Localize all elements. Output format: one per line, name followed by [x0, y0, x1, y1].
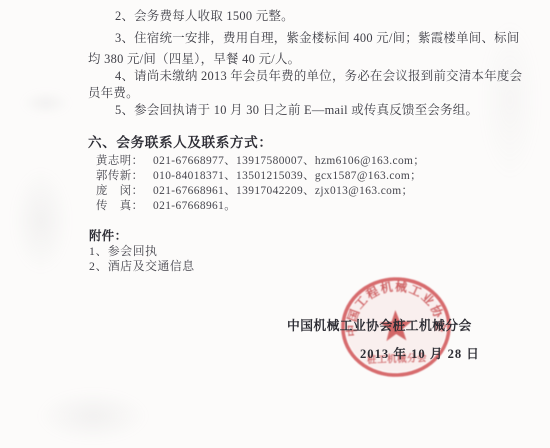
body-line-hotel: 3、住宿统一安排，费用自理，紫金楼标间 400 元/间；紫霞楼单间、标间: [115, 28, 520, 46]
contact-name: 郭传新：: [96, 167, 153, 183]
body-line-hotel-wrap: 均 380 元/间（四星），早餐 40 元/人。: [88, 49, 300, 67]
signature-org: 中国机械工业协会桩工机械分会: [287, 315, 472, 334]
contact-name: 庞 闵：: [96, 182, 153, 198]
contact-value: 021-67668961。: [153, 197, 236, 213]
contact-name: 传 真：: [96, 197, 153, 213]
scan-smudge: [12, 168, 70, 273]
body-line-reply: 5、参会回执请于 10 月 30 日之前 E—mail 或传真反馈至会务组。: [115, 100, 478, 118]
contact-row: 黄志明： 021-67668977、13917580007、hzm6106@16…: [96, 152, 425, 168]
document-page: 2、会务费每人收取 1500 元整。 3、住宿统一安排，费用自理，紫金楼标间 4…: [0, 0, 550, 448]
scan-smudge: [38, 390, 148, 442]
body-line-membership-wrap: 员年费。: [88, 83, 139, 101]
contact-name: 黄志明：: [96, 152, 153, 168]
contact-value: 010-84018371、13501215039、gcx1587@163.com…: [153, 167, 422, 183]
body-line-membership: 4、请尚未缴纳 2013 年会员年费的单位，务必在会议报到前交清本年度会: [115, 66, 522, 84]
signature-date: 2013 年 10 月 28 日: [360, 343, 480, 362]
contact-value: 021-67668977、13917580007、hzm6106@163.com…: [153, 152, 425, 168]
body-line-fee: 2、会务费每人收取 1500 元整。: [115, 6, 294, 24]
contacts-heading: 六、会务联系人及联系方式：: [88, 131, 273, 151]
contact-row: 传 真： 021-67668961。: [96, 197, 236, 213]
attachment-item: 2、酒店及交通信息: [89, 257, 195, 274]
contact-row: 庞 闵： 021-67668961、13917042209、zjx013@163…: [96, 182, 413, 198]
scan-smudge: [22, 92, 70, 114]
contact-value: 021-67668961、13917042209、zjx013@163.com；: [153, 182, 413, 198]
contact-row: 郭传新： 010-84018371、13501215039、gcx1587@16…: [96, 167, 422, 183]
